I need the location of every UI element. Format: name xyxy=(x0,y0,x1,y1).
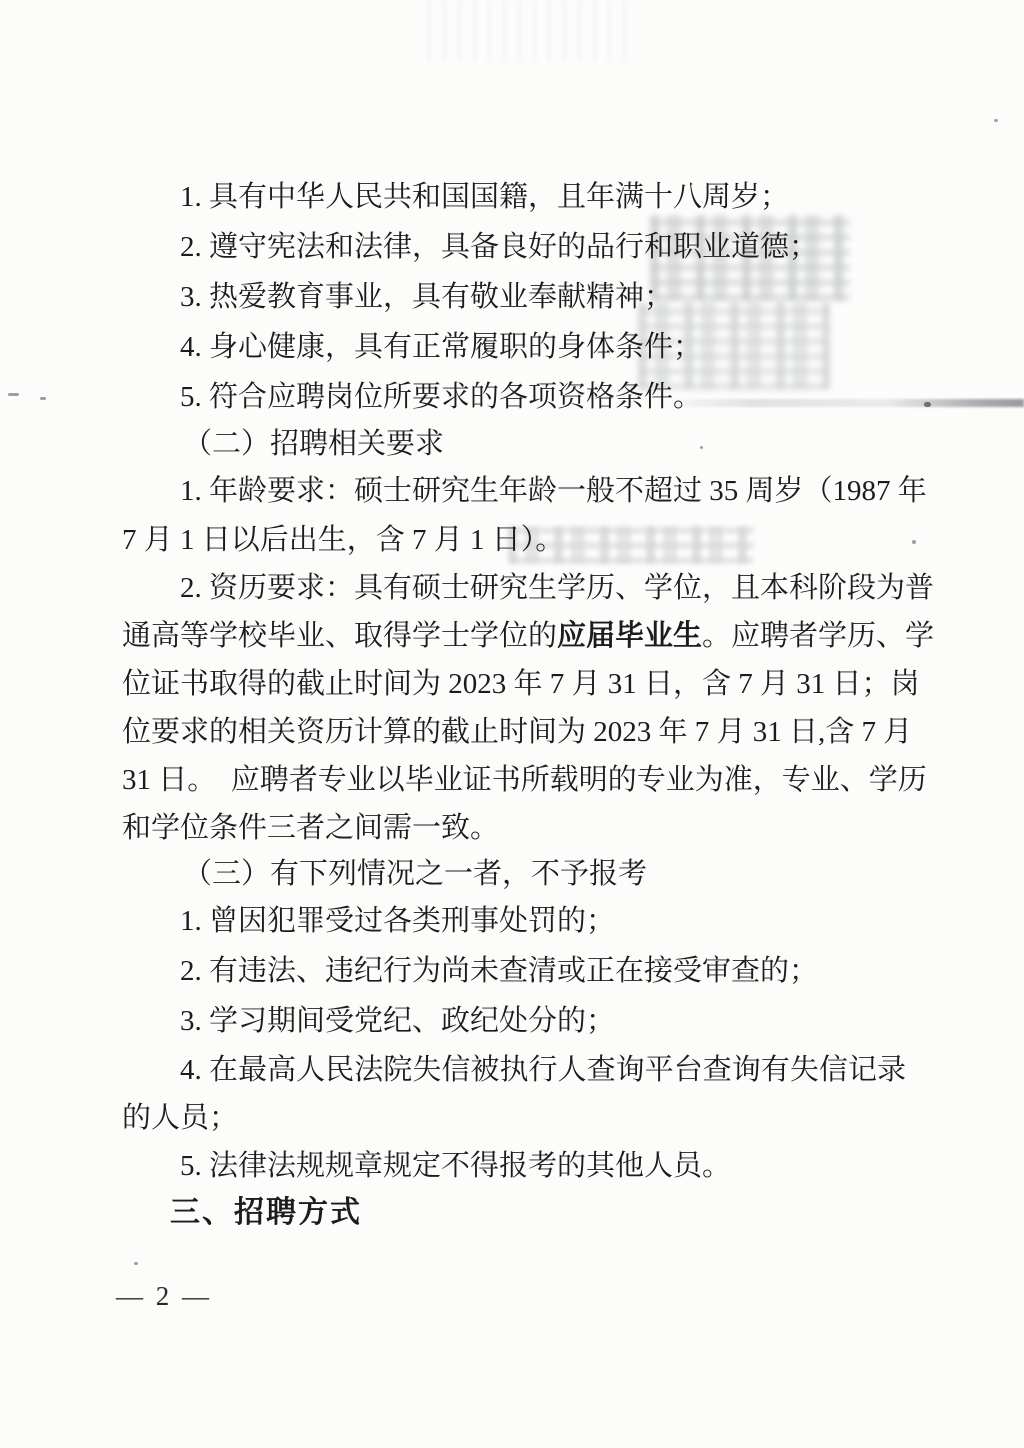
list-item-2: 2. 有违法、违纪行为尚未查清或正在接受审查的； xyxy=(122,946,906,996)
document-body: 1. 具有中华人民共和国国籍，且年满十八周岁； 2. 遵守宪法和法律，具备良好的… xyxy=(122,172,906,1236)
paragraph-line: 位要求的相关资历计算的截止时间为 2023 年 7 月 31 日,含 7 月 xyxy=(122,708,906,756)
paragraph-line: 的人员； xyxy=(122,1094,906,1142)
paragraph-line: 1. 年龄要求：硕士研究生年龄一般不超过 35 周岁（1987 年 xyxy=(122,466,906,516)
list-item-4: 4. 身心健康，具有正常履职的身体条件； xyxy=(122,322,906,372)
list-item-1: 1. 具有中华人民共和国国籍，且年满十八周岁； xyxy=(122,172,906,222)
paragraph-line: 2. 资历要求：具有硕士研究生学历、学位，且本科阶段为普 xyxy=(122,564,906,612)
list-item-4: 4. 在最高人民法院失信被执行人查询平台查询有失信记录 xyxy=(122,1046,906,1094)
section-heading-recruit-method: 三、招聘方式 xyxy=(122,1190,906,1236)
paragraph-line: 和学位条件三者之间需一致。 xyxy=(122,804,906,852)
text-run: 通高等学校毕业、取得学士学位的 xyxy=(122,620,557,652)
list-item-2: 2. 遵守宪法和法律，具备良好的品行和职业道德； xyxy=(122,222,906,272)
list-item-5: 5. 法律法规规章规定不得报考的其他人员。 xyxy=(122,1142,906,1190)
scan-speck xyxy=(134,1262,138,1265)
bold-text-run: 应届毕业生 xyxy=(557,620,702,652)
scan-speck xyxy=(924,402,931,407)
scan-speck xyxy=(912,540,916,544)
list-item-5: 5. 符合应聘岗位所要求的各项资格条件。 xyxy=(122,372,906,422)
scan-speck xyxy=(40,397,46,400)
paragraph-line: 位证书取得的截止时间为 2023 年 7 月 31 日，含 7 月 31 日；岗 xyxy=(122,660,906,708)
section-heading-2: （二）招聘相关要求 xyxy=(122,422,906,466)
scanned-document-page: 1. 具有中华人民共和国国籍，且年满十八周岁； 2. 遵守宪法和法律，具备良好的… xyxy=(0,0,1024,1448)
paragraph-line: 7 月 1 日以后出生，含 7 月 1 日）。 xyxy=(122,516,906,564)
list-item-1: 1. 曾因犯罪受过各类刑事处罚的； xyxy=(122,896,906,946)
list-item-3: 3. 热爱教育事业，具有敬业奉献精神； xyxy=(122,272,906,322)
scan-speck xyxy=(994,119,998,122)
section-heading-3: （三）有下列情况之一者，不予报考 xyxy=(122,852,906,896)
list-item-3: 3. 学习期间受党纪、政纪处分的； xyxy=(122,996,906,1046)
paragraph-line: 31 日。 应聘者专业以毕业证书所载明的专业为准，专业、学历 xyxy=(122,756,906,804)
paragraph-line: 通高等学校毕业、取得学士学位的应届毕业生。应聘者学历、学 xyxy=(122,612,906,660)
page-number: — 2 — xyxy=(116,1281,212,1312)
text-run: 。应聘者学历、学 xyxy=(702,620,934,652)
scan-speck xyxy=(8,393,19,396)
scan-smudge xyxy=(428,0,638,62)
